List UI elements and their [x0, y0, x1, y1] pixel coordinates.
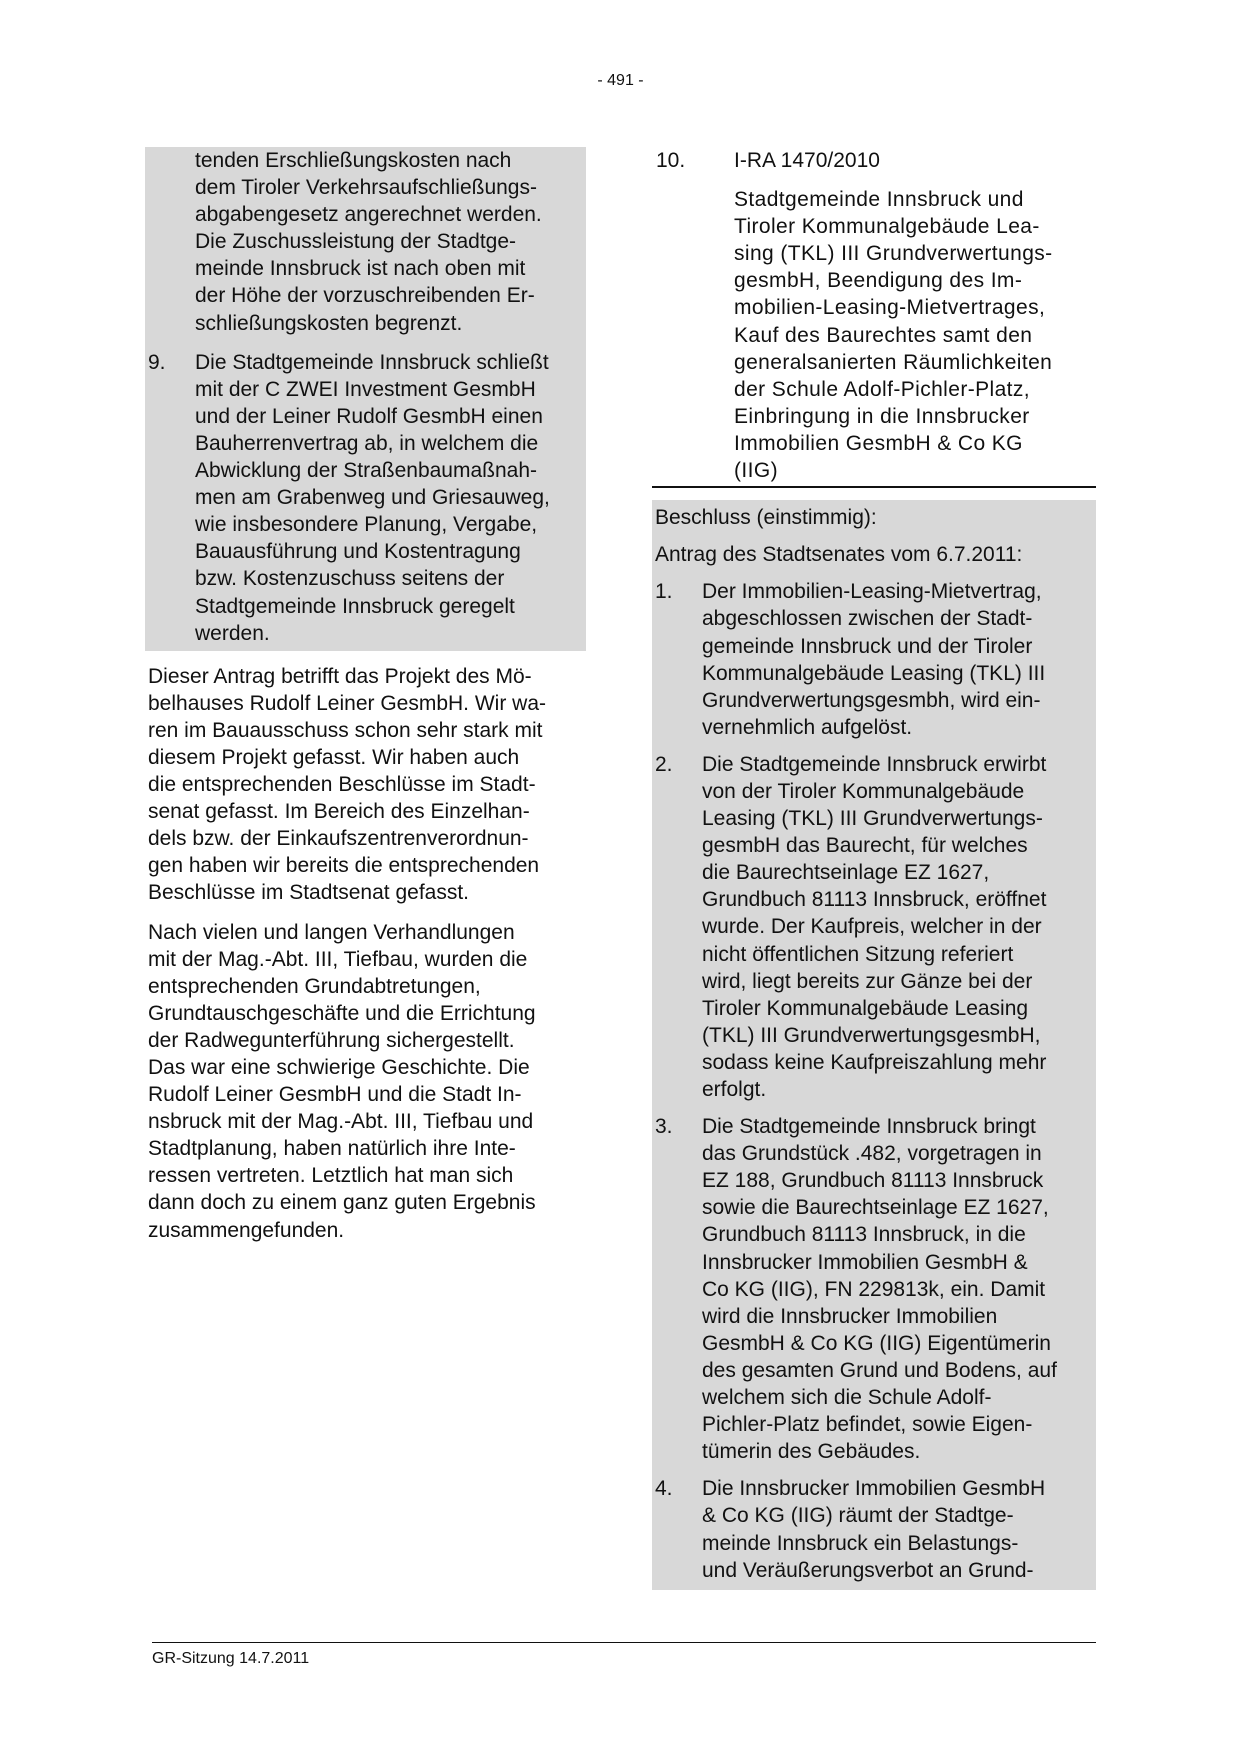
item-number: 1.	[652, 578, 702, 741]
text-line: (IIG)	[734, 457, 1096, 484]
text-line: des gesamten Grund und Bodens, auf	[702, 1357, 1096, 1384]
text-line: abgeschlossen zwischen der Stadt-	[702, 605, 1096, 632]
text-line: der Höhe der vorzuschreibenden Er-	[195, 282, 582, 309]
text-line: diesem Projekt gefasst. Wir haben auch	[148, 744, 586, 771]
text-line: sowie die Baurechtseinlage EZ 1627,	[702, 1194, 1096, 1221]
text-line: und Veräußerungsverbot an Grund-	[702, 1557, 1096, 1584]
text-line: mit der C ZWEI Investment GesmbH	[195, 376, 582, 403]
text-line: Leasing (TKL) III Grundverwertungs-	[702, 805, 1096, 832]
resolution-item-2: 2. Die Stadtgemeinde Innsbruck erwirbt v…	[652, 751, 1096, 1103]
motion-item-9: 9. Die Stadtgemeinde Innsbruck schließt …	[145, 349, 582, 647]
text-line: gesmbH das Baurecht, für welches	[702, 832, 1096, 859]
text-line: gemeinde Innsbruck und der Tiroler	[702, 633, 1096, 660]
text-line: Die Zuschussleistung der Stadtge-	[195, 228, 582, 255]
text-line: bzw. Kostenzuschuss seitens der	[195, 565, 582, 592]
text-line: schließungskosten begrenzt.	[195, 310, 582, 337]
text-line: entsprechenden Grundabtretungen,	[148, 973, 586, 1000]
text-line: dels bzw. der Einkaufszentrenverordnun-	[148, 825, 586, 852]
text-line: Immobilien GesmbH & Co KG	[734, 430, 1096, 457]
shaded-motion-box: tenden Erschließungskosten nach dem Tiro…	[145, 147, 586, 651]
agenda-item-title: Stadtgemeinde Innsbruck und Tiroler Komm…	[652, 186, 1096, 484]
item-text: Der Immobilien-Leasing-Mietvertrag, abge…	[702, 578, 1096, 741]
text-line: Abwicklung der Straßenbaumaßnah-	[195, 457, 582, 484]
text-line: generalsanierten Räumlichkeiten	[734, 349, 1096, 376]
text-line: sing (TKL) III Grundverwertungs-	[734, 240, 1096, 267]
resolution-item-3: 3. Die Stadtgemeinde Innsbruck bringt da…	[652, 1113, 1096, 1465]
text-line: mobilien-Leasing-Mietvertrages,	[734, 294, 1096, 321]
text-line: tenden Erschließungskosten nach	[195, 147, 582, 174]
text-line: Grundbuch 81113 Innsbruck, eröffnet	[702, 886, 1096, 913]
text-line: mit der Mag.-Abt. III, Tiefbau, wurden d…	[148, 946, 586, 973]
text-line: die Baurechtseinlage EZ 1627,	[702, 859, 1096, 886]
text-line: nsbruck mit der Mag.-Abt. III, Tiefbau u…	[148, 1108, 586, 1135]
text-line: tümerin des Gebäudes.	[702, 1438, 1096, 1465]
right-column: 10. I-RA 1470/2010 Stadtgemeinde Innsbru…	[652, 147, 1096, 1590]
text-line: Die Innsbrucker Immobilien GesmbH	[702, 1475, 1096, 1502]
agenda-item-reference: I-RA 1470/2010	[734, 147, 880, 174]
page-number: - 491 -	[0, 72, 1241, 90]
text-line: Die Stadtgemeinde Innsbruck erwirbt	[702, 751, 1096, 778]
text-line: und der Leiner Rudolf GesmbH einen	[195, 403, 582, 430]
item-number: 3.	[652, 1113, 702, 1465]
item-text: Die Stadtgemeinde Innsbruck schließt mit…	[195, 349, 582, 647]
text-line: Pichler-Platz befindet, sowie Eigen-	[702, 1411, 1096, 1438]
paragraph-negotiations: Nach vielen und langen Verhandlungen mit…	[145, 919, 586, 1244]
item-number: 4.	[652, 1475, 702, 1583]
resolution-item-4: 4. Die Innsbrucker Immobilien GesmbH & C…	[652, 1475, 1096, 1583]
text-line: der Radwegunterführung sichergestellt.	[148, 1027, 586, 1054]
text-line: Beschlüsse im Stadtsenat gefasst.	[148, 879, 586, 906]
shaded-resolution-box: Beschluss (einstimmig): Antrag des Stadt…	[652, 500, 1096, 1590]
text-line: Grundbuch 81113 Innsbruck, in die	[702, 1221, 1096, 1248]
text-line: men am Grabenweg und Griesauweg,	[195, 484, 582, 511]
item-number: 9.	[145, 349, 195, 647]
paragraph-project: Dieser Antrag betrifft das Projekt des M…	[145, 663, 586, 907]
text-line: Einbringung in die Innsbrucker	[734, 403, 1096, 430]
text-line: wie insbesondere Planung, Vergabe,	[195, 511, 582, 538]
text-line: EZ 188, Grundbuch 81113 Innsbruck	[702, 1167, 1096, 1194]
text-line: Co KG (IIG), FN 229813k, ein. Damit	[702, 1276, 1096, 1303]
text-line: ren im Bauausschuss schon sehr stark mit	[148, 717, 586, 744]
text-line: belhauses Rudolf Leiner GesmbH. Wir wa-	[148, 690, 586, 717]
text-line: Rudolf Leiner GesmbH und die Stadt In-	[148, 1081, 586, 1108]
text-line: das Grundstück .482, vorgetragen in	[702, 1140, 1096, 1167]
text-line: Die Stadtgemeinde Innsbruck schließt	[195, 349, 582, 376]
text-line: Innsbrucker Immobilien GesmbH &	[702, 1249, 1096, 1276]
text-line: wird die Innsbrucker Immobilien	[702, 1303, 1096, 1330]
text-line: wurde. Der Kaufpreis, welcher in der	[702, 913, 1096, 940]
text-line: (TKL) III GrundverwertungsgesmbH,	[702, 1022, 1096, 1049]
item-number: 2.	[652, 751, 702, 1103]
text-line: Stadtgemeinde Innsbruck und	[734, 186, 1096, 213]
text-line: werden.	[195, 620, 582, 647]
text-line: erfolgt.	[702, 1076, 1096, 1103]
agenda-item-header: 10. I-RA 1470/2010	[652, 147, 1096, 174]
text-line: gesmbH, Beendigung des Im-	[734, 267, 1096, 294]
title-divider	[652, 486, 1096, 488]
text-line: Tiroler Kommunalgebäude Lea-	[734, 213, 1096, 240]
text-line: von der Tiroler Kommunalgebäude	[702, 778, 1096, 805]
text-line: die entsprechenden Beschlüsse im Stadt-	[148, 771, 586, 798]
text-line: Kauf des Baurechtes samt den	[734, 322, 1096, 349]
text-line: Stadtgemeinde Innsbruck geregelt	[195, 593, 582, 620]
footer-divider	[152, 1642, 1096, 1643]
continuation-text: tenden Erschließungskosten nach dem Tiro…	[145, 147, 582, 337]
item-text: Die Stadtgemeinde Innsbruck erwirbt von …	[702, 751, 1096, 1103]
text-line: Bauausführung und Kostentragung	[195, 538, 582, 565]
text-line: vernehmlich aufgelöst.	[702, 714, 1096, 741]
text-line: Tiroler Kommunalgebäude Leasing	[702, 995, 1096, 1022]
motion-label: Antrag des Stadtsenates vom 6.7.2011:	[652, 541, 1096, 568]
agenda-item-number: 10.	[652, 147, 734, 174]
text-line: ressen vertreten. Letztlich hat man sich	[148, 1162, 586, 1189]
text-line: zusammengefunden.	[148, 1217, 586, 1244]
text-line: Der Immobilien-Leasing-Mietvertrag,	[702, 578, 1096, 605]
resolution-label: Beschluss (einstimmig):	[652, 504, 1096, 531]
text-line: gen haben wir bereits die entsprechenden	[148, 852, 586, 879]
text-line: Nach vielen und langen Verhandlungen	[148, 919, 586, 946]
text-line: sodass keine Kaufpreiszahlung mehr	[702, 1049, 1096, 1076]
resolution-item-1: 1. Der Immobilien-Leasing-Mietvertrag, a…	[652, 578, 1096, 741]
text-line: abgabengesetz angerechnet werden.	[195, 201, 582, 228]
text-line: dann doch zu einem ganz guten Ergebnis	[148, 1189, 586, 1216]
text-line: Die Stadtgemeinde Innsbruck bringt	[702, 1113, 1096, 1140]
text-line: Grundtauschgeschäfte und die Errichtung	[148, 1000, 586, 1027]
text-line: Stadtplanung, haben natürlich ihre Inte-	[148, 1135, 586, 1162]
text-line: dem Tiroler Verkehrsaufschließungs-	[195, 174, 582, 201]
text-line: Das war eine schwierige Geschichte. Die	[148, 1054, 586, 1081]
text-line: Dieser Antrag betrifft das Projekt des M…	[148, 663, 586, 690]
footer-session-date: GR-Sitzung 14.7.2011	[152, 1650, 309, 1668]
text-line: meinde Innsbruck ist nach oben mit	[195, 255, 582, 282]
text-line: Grundverwertungsgesmbh, wird ein-	[702, 687, 1096, 714]
text-line: & Co KG (IIG) räumt der Stadtge-	[702, 1502, 1096, 1529]
text-line: Kommunalgebäude Leasing (TKL) III	[702, 660, 1096, 687]
text-line: der Schule Adolf-Pichler-Platz,	[734, 376, 1096, 403]
text-line: Bauherrenvertrag ab, in welchem die	[195, 430, 582, 457]
left-column: tenden Erschließungskosten nach dem Tiro…	[145, 147, 586, 1244]
text-line: welchem sich die Schule Adolf-	[702, 1384, 1096, 1411]
text-line: wird, liegt bereits zur Gänze bei der	[702, 968, 1096, 995]
item-text: Die Innsbrucker Immobilien GesmbH & Co K…	[702, 1475, 1096, 1583]
text-line: senat gefasst. Im Bereich des Einzelhan-	[148, 798, 586, 825]
item-text: Die Stadtgemeinde Innsbruck bringt das G…	[702, 1113, 1096, 1465]
text-line: nicht öffentlichen Sitzung referiert	[702, 941, 1096, 968]
text-line: meinde Innsbruck ein Belastungs-	[702, 1530, 1096, 1557]
text-line: GesmbH & Co KG (IIG) Eigentümerin	[702, 1330, 1096, 1357]
